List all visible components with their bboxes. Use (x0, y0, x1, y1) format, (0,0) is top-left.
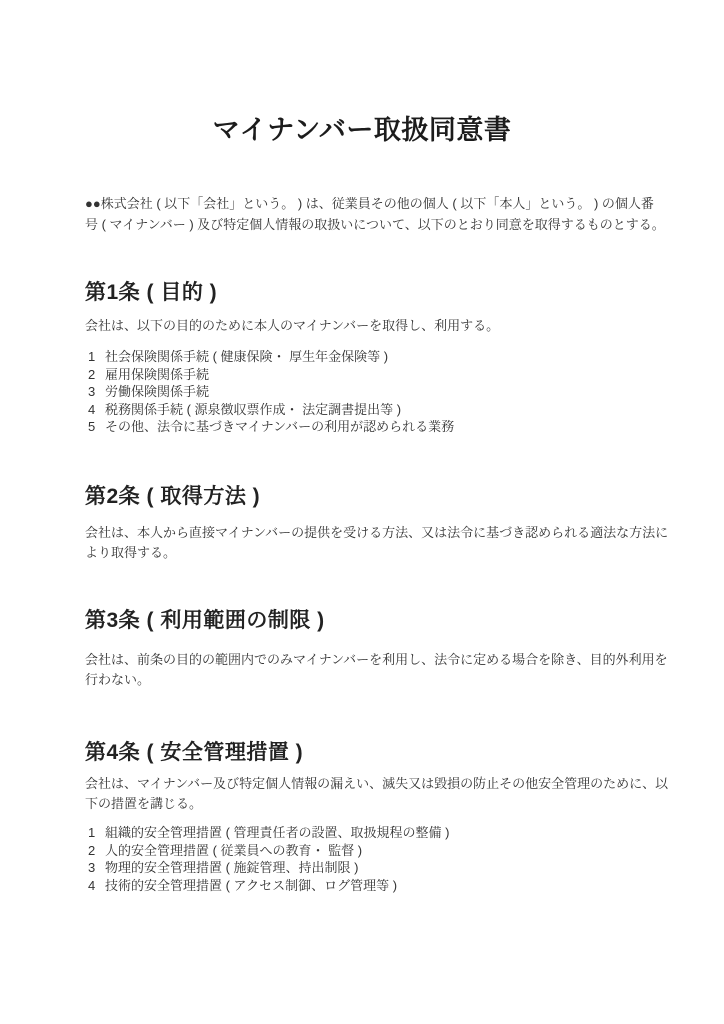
intro-line: ●●株式会社 ( 以下「会社」という。 ) は、従業員その他の個人 ( 以下「本… (85, 193, 665, 214)
paragraph-line: 会社は、前条の目的の範囲内でのみマイナンバーを利用し、法令に定める場合を除き、目… (85, 650, 668, 670)
list-item-text: 技術的安全管理措置 ( アクセス制御、ログ管理等 ) (105, 878, 397, 893)
section-4-paragraph: 会社は、マイナンバー及び特定個人情報の漏えい、滅失又は毀損の防止その他安全管理の… (85, 774, 668, 814)
paragraph-line: 会社は、以下の目的のために本人のマイナンバーを取得し、利用する。 (85, 316, 499, 336)
list-item: 1組織的安全管理措置 ( 管理責任者の設置、取扱規程の整備 ) (85, 824, 450, 842)
section-1-list: 1社会保険関係手続 ( 健康保険・ 厚生年金保険等 ) 2雇用保険関係手続 3労… (85, 348, 454, 436)
list-item-number: 4 (85, 877, 105, 895)
paragraph-line: 会社は、本人から直接マイナンバーの提供を受ける方法、又は法令に基づき認められる適… (85, 523, 668, 543)
list-item-number: 1 (85, 824, 105, 842)
section-1-heading: 第1条 ( 目的 ) (85, 280, 217, 306)
document-page: マイナンバー取扱同意書 ●●株式会社 ( 以下「会社」という。 ) は、従業員そ… (0, 0, 724, 1024)
section-3-heading: 第3条 ( 利用範囲の制限 ) (85, 608, 325, 634)
list-item-text: 税務関係手続 ( 源泉徴収票作成・ 法定調書提出等 ) (105, 402, 401, 417)
list-item-text: 人的安全管理措置 ( 従業員への教育・ 監督 ) (105, 843, 362, 858)
list-item: 5その他、法令に基づきマイナンバーの利用が認められる業務 (85, 418, 454, 436)
intro-line: 号 ( マイナンバー ) 及び特定個人情報の取扱いについて、以下のとおり同意を取… (85, 214, 665, 235)
list-item-number: 4 (85, 401, 105, 419)
list-item: 2人的安全管理措置 ( 従業員への教育・ 監督 ) (85, 842, 450, 860)
section-3-paragraph: 会社は、前条の目的の範囲内でのみマイナンバーを利用し、法令に定める場合を除き、目… (85, 650, 668, 690)
section-1-paragraph: 会社は、以下の目的のために本人のマイナンバーを取得し、利用する。 (85, 316, 499, 336)
list-item-number: 2 (85, 842, 105, 860)
intro-paragraph: ●●株式会社 ( 以下「会社」という。 ) は、従業員その他の個人 ( 以下「本… (85, 193, 665, 235)
paragraph-line: 下の措置を講じる。 (85, 794, 668, 814)
list-item: 2雇用保険関係手続 (85, 366, 454, 384)
list-item-text: 労働保険関係手続 (105, 384, 209, 399)
list-item: 3物理的安全管理措置 ( 施錠管理、持出制限 ) (85, 859, 450, 877)
list-item-text: 社会保険関係手続 ( 健康保険・ 厚生年金保険等 ) (105, 349, 388, 364)
paragraph-line: より取得する。 (85, 543, 668, 563)
paragraph-line: 会社は、マイナンバー及び特定個人情報の漏えい、滅失又は毀損の防止その他安全管理の… (85, 774, 668, 794)
list-item-text: 雇用保険関係手続 (105, 367, 209, 382)
list-item: 3労働保険関係手続 (85, 383, 454, 401)
section-4-heading: 第4条 ( 安全管理措置 ) (85, 740, 303, 766)
section-4-list: 1組織的安全管理措置 ( 管理責任者の設置、取扱規程の整備 ) 2人的安全管理措… (85, 824, 450, 894)
section-2-heading: 第2条 ( 取得方法 ) (85, 484, 260, 510)
section-2-paragraph: 会社は、本人から直接マイナンバーの提供を受ける方法、又は法令に基づき認められる適… (85, 523, 668, 563)
list-item: 4技術的安全管理措置 ( アクセス制御、ログ管理等 ) (85, 877, 450, 895)
list-item-number: 1 (85, 348, 105, 366)
paragraph-line: 行わない。 (85, 670, 668, 690)
list-item: 1社会保険関係手続 ( 健康保険・ 厚生年金保険等 ) (85, 348, 454, 366)
list-item-text: 物理的安全管理措置 ( 施錠管理、持出制限 ) (105, 860, 359, 875)
list-item-text: その他、法令に基づきマイナンバーの利用が認められる業務 (105, 419, 454, 434)
page-title: マイナンバー取扱同意書 (0, 114, 724, 146)
list-item-number: 3 (85, 859, 105, 877)
list-item: 4税務関係手続 ( 源泉徴収票作成・ 法定調書提出等 ) (85, 401, 454, 419)
list-item-number: 5 (85, 418, 105, 436)
list-item-number: 2 (85, 366, 105, 384)
list-item-text: 組織的安全管理措置 ( 管理責任者の設置、取扱規程の整備 ) (105, 825, 450, 840)
list-item-number: 3 (85, 383, 105, 401)
